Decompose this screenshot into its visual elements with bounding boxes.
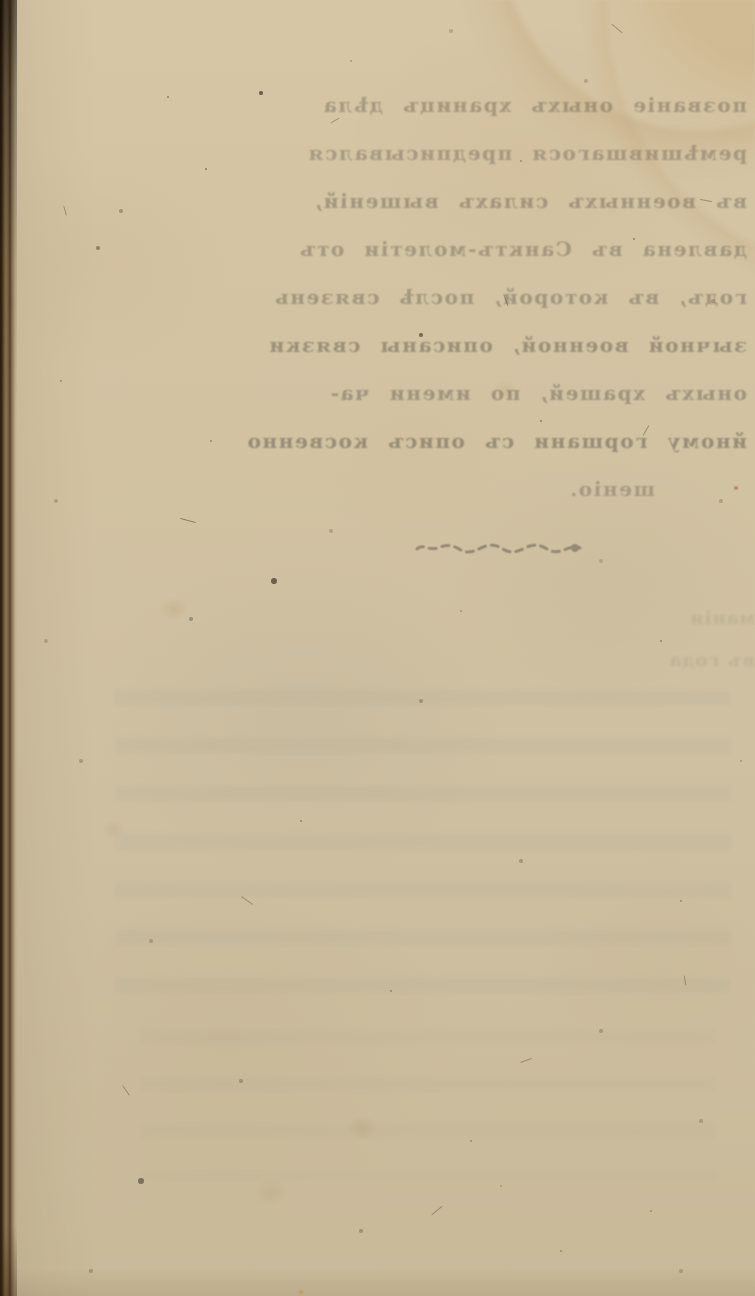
divider-ornament xyxy=(413,538,585,558)
faint-bleedthrough-line: манія xyxy=(610,598,755,640)
deep-bleedthrough-streaks xyxy=(115,690,730,1020)
scanned-book-page: { "document": { "kind_label": "", "color… xyxy=(0,0,755,1296)
bleedthrough-line: йному горшани съ описъ косвенно xyxy=(14,417,755,465)
faint-bleedthrough-line: въ года xyxy=(610,640,755,682)
deep-bleedthrough-streaks xyxy=(140,1030,715,1180)
bleedthrough-line: въ военныхъ силахъ вышеній, xyxy=(14,177,755,225)
bleedthrough-line: давлена въ Санктъ-молетіи отъ xyxy=(14,225,755,273)
bleedthrough-line: оныхъ храшей, по имени ча- xyxy=(14,369,755,417)
bleedthrough-text-block: позваніе оныхъ храницъ дѣла ремѣшившагос… xyxy=(14,81,755,513)
bleedthrough-line: позваніе оныхъ храницъ дѣла xyxy=(14,81,755,129)
book-gutter-edge xyxy=(0,0,17,1296)
bleedthrough-line-tail: шеніо. xyxy=(14,465,755,513)
faint-bleedthrough-block: манія въ года xyxy=(610,598,755,682)
bleedthrough-line: зычной военной, описаны связки xyxy=(14,321,755,369)
bleedthrough-line: ремѣшившагося предписывался xyxy=(14,129,755,177)
aged-paper-page: позваніе оныхъ храницъ дѣла ремѣшившагос… xyxy=(0,0,755,1296)
bleedthrough-line: годъ, въ которой, послѣ связень xyxy=(14,273,755,321)
